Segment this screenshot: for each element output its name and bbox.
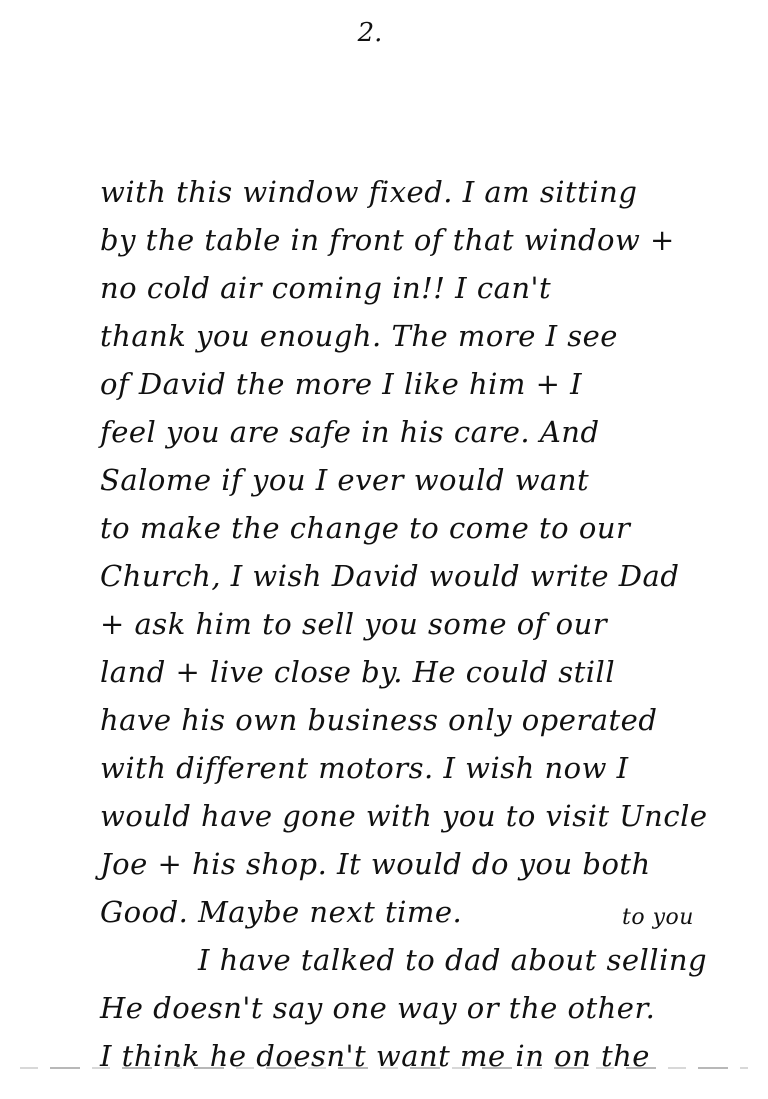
handwritten-line: of David the more I like him + I xyxy=(100,360,740,408)
letter-page: 2. with this window fixed. I am sitting … xyxy=(0,0,768,1099)
handwritten-line-with-insert: to you I have talked to dad about sellin… xyxy=(100,936,740,984)
handwritten-line: would have gone with you to visit Uncle xyxy=(100,792,740,840)
handwritten-line: by the table in front of that window + xyxy=(100,216,740,264)
letter-body: with this window fixed. I am sitting by … xyxy=(100,168,740,1080)
scan-speck xyxy=(176,1064,180,1067)
handwritten-line: Church, I wish David would write Dad xyxy=(100,552,740,600)
handwritten-line: Salome if you I ever would want xyxy=(100,456,740,504)
handwritten-line-text: I have talked to dad about selling xyxy=(198,943,707,977)
handwritten-line: I think he doesn't want me in on the xyxy=(100,1032,740,1080)
interlinear-insert: to you xyxy=(622,906,694,930)
handwritten-line: with this window fixed. I am sitting xyxy=(100,168,740,216)
handwritten-line: have his own business only operated xyxy=(100,696,740,744)
handwritten-line: feel you are safe in his care. And xyxy=(100,408,740,456)
handwritten-line: + ask him to sell you some of our xyxy=(100,600,740,648)
handwritten-line: to make the change to come to our xyxy=(100,504,740,552)
handwritten-line: Joe + his shop. It would do you both xyxy=(100,840,740,888)
handwritten-line: with different motors. I wish now I xyxy=(100,744,740,792)
scan-artifact-line xyxy=(20,1067,748,1069)
handwritten-line: He doesn't say one way or the other. xyxy=(100,984,740,1032)
handwritten-line: land + live close by. He could still xyxy=(100,648,740,696)
page-number: 2. xyxy=(340,18,400,48)
handwritten-line: thank you enough. The more I see xyxy=(100,312,740,360)
handwritten-line: no cold air coming in!! I can't xyxy=(100,264,740,312)
